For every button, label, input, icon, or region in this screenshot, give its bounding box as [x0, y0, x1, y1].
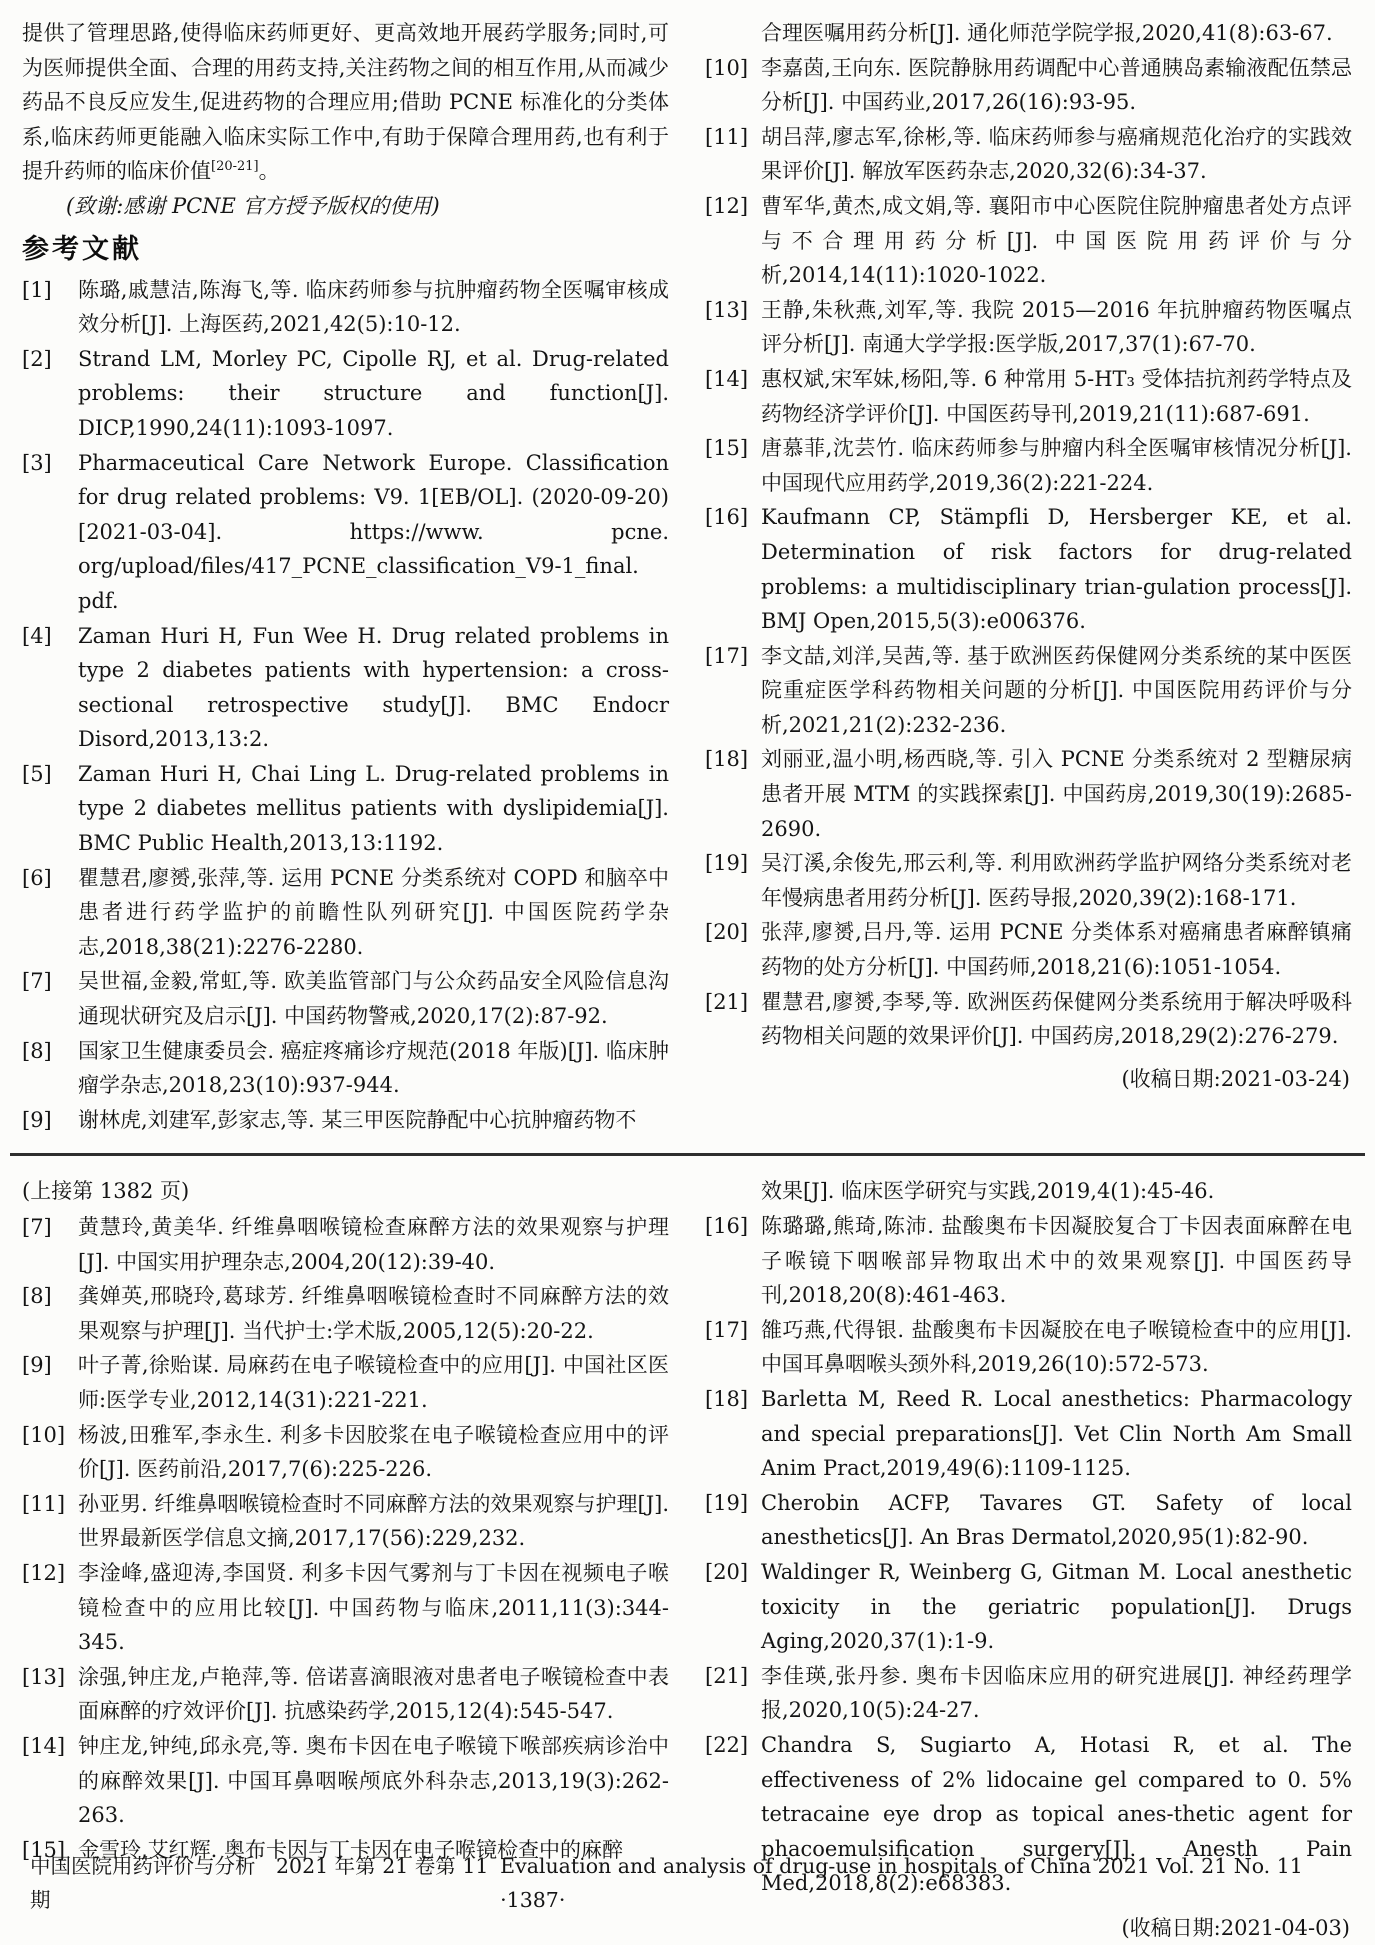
reference-item: 合理医嘱用药分析[J]. 通化师范学院学报,2020,41(8):63-67.: [705, 16, 1352, 51]
reference-text: 孙亚男. 纤维鼻咽喉镜检查时不同麻醉方法的效果观察与护理[J]. 世界最新医学信…: [78, 1492, 669, 1551]
reference-text: 涂强,钟庄龙,卢艳萍,等. 倍诺喜滴眼液对患者电子喉镜检查中表面麻醉的疗效评价[…: [78, 1665, 669, 1724]
reference-item: [14]钟庄龙,钟纯,邱永亮,等. 奥布卡因在电子喉镜下喉部疾病诊治中的麻醉效果…: [22, 1729, 669, 1833]
reference-item: [4]Zaman Huri H, Fun Wee H. Drug related…: [22, 619, 669, 757]
reference-number: [6]: [22, 861, 52, 896]
acknowledgment-note: (致谢:感谢 PCNE 官方授予版权的使用): [22, 189, 669, 224]
reference-item: [12]曹军华,黄杰,成文娟,等. 襄阳市中心医院住院肿瘤患者处方点评与不合理用…: [705, 189, 1352, 293]
reference-item: [8]龚婵英,邢晓玲,葛球芳. 纤维鼻咽喉镜检查时不同麻醉方法的效果观察与护理[…: [22, 1279, 669, 1348]
article2-references-right: 效果[J]. 临床医学研究与实践,2019,4(1):45-46. [16]陈璐…: [705, 1174, 1352, 1900]
section-divider: [10, 1153, 1365, 1156]
reference-number: [16]: [705, 500, 748, 535]
footer-journal-title-cn: 中国医院用药评价与分析 2021 年第 21 卷第 11 期: [30, 1849, 500, 1918]
article1-left-column: 提供了管理思路,使得临床药师更好、更高效地开展药学服务;同时,可为医师提供全面、…: [22, 16, 669, 1137]
article1-section: 提供了管理思路,使得临床药师更好、更高效地开展药学服务;同时,可为医师提供全面、…: [22, 16, 1353, 1137]
reference-number: [15]: [705, 431, 748, 466]
reference-number: [21]: [705, 985, 748, 1020]
reference-item: [15]唐慕菲,沈芸竹. 临床药师参与肿瘤内科全医嘱审核情况分析[J]. 中国现…: [705, 431, 1352, 500]
reference-text: 瞿慧君,廖赟,李琴,等. 欧洲医药保健网分类系统用于解决呼吸科药物相关问题的效果…: [761, 990, 1352, 1049]
reference-number: [7]: [22, 964, 52, 999]
reference-text: 王静,朱秋燕,刘军,等. 我院 2015—2016 年抗肿瘤药物医嘱点评分析[J…: [761, 298, 1352, 357]
reference-number: [7]: [22, 1210, 52, 1245]
reference-text: 龚婵英,邢晓玲,葛球芳. 纤维鼻咽喉镜检查时不同麻醉方法的效果观察与护理[J].…: [78, 1284, 669, 1343]
article2-section: (上接第 1382 页) [7]黄慧玲,黄美华. 纤维鼻咽喉镜检查麻醉方法的效果…: [22, 1174, 1353, 1945]
reference-number: [9]: [22, 1103, 52, 1138]
reference-text: Barletta M, Reed R. Local anesthetics: P…: [761, 1387, 1352, 1480]
reference-number: [16]: [705, 1209, 748, 1244]
article2-left-column: (上接第 1382 页) [7]黄慧玲,黄美华. 纤维鼻咽喉镜检查麻醉方法的效果…: [22, 1174, 669, 1945]
reference-text: 惠权斌,宋军妹,杨阳,等. 6 种常用 5-HT₃ 受体拮抗剂药学特点及药物经济…: [761, 367, 1352, 426]
reference-item: [19]吴汀溪,余俊先,邢云利,等. 利用欧洲药学监护网络分类系统对老年慢病患者…: [705, 846, 1352, 915]
article2-right-column: 效果[J]. 临床医学研究与实践,2019,4(1):45-46. [16]陈璐…: [705, 1174, 1352, 1945]
reference-text: 国家卫生健康委员会. 癌症疼痛诊疗规范(2018 年版)[J]. 临床肿瘤学杂志…: [78, 1039, 669, 1098]
reference-number: [21]: [705, 1659, 748, 1694]
reference-number: [10]: [22, 1418, 65, 1453]
reference-number: [20]: [705, 1555, 748, 1590]
reference-item: [9]谢林虎,刘建军,彭家志,等. 某三甲医院静配中心抗肿瘤药物不: [22, 1103, 669, 1138]
reference-text: 李淦峰,盛迎涛,李国贤. 利多卡因气雾剂与丁卡因在视频电子喉镜检查中的应用比较[…: [78, 1561, 669, 1654]
reference-item: [13]涂强,钟庄龙,卢艳萍,等. 倍诺喜滴眼液对患者电子喉镜检查中表面麻醉的疗…: [22, 1660, 669, 1729]
reference-text: 谢林虎,刘建军,彭家志,等. 某三甲医院静配中心抗肿瘤药物不: [78, 1108, 636, 1132]
reference-text: 吴世福,金毅,常虹,等. 欧美监管部门与公众药品安全风险信息沟通现状研究及启示[…: [78, 969, 669, 1028]
reference-item: [7]吴世福,金毅,常虹,等. 欧美监管部门与公众药品安全风险信息沟通现状研究及…: [22, 964, 669, 1033]
reference-number: [2]: [22, 342, 52, 377]
closing-paragraph-text: 提供了管理思路,使得临床药师更好、更高效地开展药学服务;同时,可为医师提供全面、…: [22, 21, 669, 183]
reference-text: Pharmaceutical Care Network Europe. Clas…: [78, 451, 669, 613]
reference-number: [4]: [22, 619, 52, 654]
citation-superscript: [20-21]: [211, 159, 259, 174]
reference-text: 胡吕萍,廖志军,徐彬,等. 临床药师参与癌痛规范化治疗的实践效果评价[J]. 解…: [761, 125, 1352, 184]
reference-item: [12]李淦峰,盛迎涛,李国贤. 利多卡因气雾剂与丁卡因在视频电子喉镜检查中的应…: [22, 1556, 669, 1660]
reference-text: 曹军华,黄杰,成文娟,等. 襄阳市中心医院住院肿瘤患者处方点评与不合理用药分析[…: [761, 194, 1352, 287]
reference-number: [12]: [705, 189, 748, 224]
reference-number: [8]: [22, 1034, 52, 1069]
references-heading: 参考文献: [22, 229, 669, 269]
reference-text: Cherobin ACFP, Tavares GT. Safety of loc…: [761, 1491, 1352, 1550]
reference-item: [21]李佳瑛,张丹参. 奥布卡因临床应用的研究进展[J]. 神经药理学报,20…: [705, 1659, 1352, 1728]
reference-text: Waldinger R, Weinberg G, Gitman M. Local…: [761, 1560, 1352, 1653]
journal-page: 提供了管理思路,使得临床药师更好、更高效地开展药学服务;同时,可为医师提供全面、…: [0, 0, 1375, 1945]
reference-item: [18]刘丽亚,温小明,杨西晓,等. 引入 PCNE 分类系统对 2 型糖尿病患…: [705, 742, 1352, 846]
reference-text: 刘丽亚,温小明,杨西晓,等. 引入 PCNE 分类系统对 2 型糖尿病患者开展 …: [761, 747, 1352, 840]
footer-journal-title-en: Evaluation and analysis of drug-use in h…: [500, 1849, 1347, 1918]
reference-text: 李文喆,刘洋,吴茜,等. 基于欧洲医药保健网分类系统的某中医医院重症医学科药物相…: [761, 644, 1352, 737]
reference-number: [3]: [22, 446, 52, 481]
reference-text: 张萍,廖赟,吕丹,等. 运用 PCNE 分类体系对癌痛患者麻醉镇痛药物的处方分析…: [761, 920, 1352, 979]
reference-text: 合理医嘱用药分析[J]. 通化师范学院学报,2020,41(8):63-67.: [761, 21, 1333, 45]
reference-number: [20]: [705, 915, 748, 950]
reference-number: [11]: [705, 120, 748, 155]
reference-text: Kaufmann CP, Stämpfli D, Hersberger KE, …: [761, 505, 1352, 633]
reference-text: 瞿慧君,廖赟,张萍,等. 运用 PCNE 分类系统对 COPD 和脑卒中患者进行…: [78, 866, 669, 959]
page-footer: 中国医院用药评价与分析 2021 年第 21 卷第 11 期 Evaluatio…: [0, 1849, 1375, 1918]
reference-text: Zaman Huri H, Chai Ling L. Drug-related …: [78, 762, 669, 855]
reference-item: [8]国家卫生健康委员会. 癌症疼痛诊疗规范(2018 年版)[J]. 临床肿瘤…: [22, 1034, 669, 1103]
reference-number: [5]: [22, 757, 52, 792]
reference-number: [10]: [705, 51, 748, 86]
reference-text: Strand LM, Morley PC, Cipolle RJ, et al.…: [78, 347, 669, 440]
reference-item: [6]瞿慧君,廖赟,张萍,等. 运用 PCNE 分类系统对 COPD 和脑卒中患…: [22, 861, 669, 965]
reference-number: [18]: [705, 1382, 748, 1417]
reference-number: [19]: [705, 846, 748, 881]
reference-item: [2]Strand LM, Morley PC, Cipolle RJ, et …: [22, 342, 669, 446]
reference-item: [14]惠权斌,宋军妹,杨阳,等. 6 种常用 5-HT₃ 受体拮抗剂药学特点及…: [705, 362, 1352, 431]
reference-number: [8]: [22, 1279, 52, 1314]
reference-text: 李嘉茵,王向东. 医院静脉用药调配中心普通胰岛素输液配伍禁忌分析[J]. 中国药…: [761, 56, 1352, 115]
reference-item: [16]Kaufmann CP, Stämpfli D, Hersberger …: [705, 500, 1352, 638]
reference-item: [1]陈璐,戚慧洁,陈海飞,等. 临床药师参与抗肿瘤药物全医嘱审核成效分析[J]…: [22, 273, 669, 342]
reference-text: 效果[J]. 临床医学研究与实践,2019,4(1):45-46.: [761, 1179, 1214, 1203]
reference-item: [16]陈璐璐,熊琦,陈沛. 盐酸奥布卡因凝胶复合丁卡因表面麻醉在电子喉镜下咽喉…: [705, 1209, 1352, 1313]
reference-item: [3]Pharmaceutical Care Network Europe. C…: [22, 446, 669, 619]
reference-number: [17]: [705, 1313, 748, 1348]
reference-text: Zaman Huri H, Fun Wee H. Drug related pr…: [78, 624, 669, 752]
reference-text: 吴汀溪,余俊先,邢云利,等. 利用欧洲药学监护网络分类系统对老年慢病患者用药分析…: [761, 851, 1352, 910]
closing-paragraph-period: 。: [259, 159, 280, 183]
article1-right-column: 合理医嘱用药分析[J]. 通化师范学院学报,2020,41(8):63-67. …: [705, 16, 1352, 1137]
reference-number: [22]: [705, 1728, 748, 1763]
reference-text: 钟庄龙,钟纯,邱永亮,等. 奥布卡因在电子喉镜下喉部疾病诊治中的麻醉效果[J].…: [78, 1734, 669, 1827]
article1-closing-paragraph: 提供了管理思路,使得临床药师更好、更高效地开展药学服务;同时,可为医师提供全面、…: [22, 16, 669, 189]
reference-number: [12]: [22, 1556, 65, 1591]
reference-item: [19]Cherobin ACFP, Tavares GT. Safety of…: [705, 1486, 1352, 1555]
reference-item: [9]叶子菁,徐贻谋. 局麻药在电子喉镜检查中的应用[J]. 中国社区医师:医学…: [22, 1348, 669, 1417]
reference-number: [13]: [705, 293, 748, 328]
reference-item: [20]张萍,廖赟,吕丹,等. 运用 PCNE 分类体系对癌痛患者麻醉镇痛药物的…: [705, 915, 1352, 984]
reference-text: 叶子菁,徐贻谋. 局麻药在电子喉镜检查中的应用[J]. 中国社区医师:医学专业,…: [78, 1353, 669, 1412]
reference-text: 陈璐璐,熊琦,陈沛. 盐酸奥布卡因凝胶复合丁卡因表面麻醉在电子喉镜下咽喉部异物取…: [761, 1214, 1352, 1307]
reference-text: 李佳瑛,张丹参. 奥布卡因临床应用的研究进展[J]. 神经药理学报,2020,1…: [761, 1664, 1352, 1723]
received-date-article1: (收稿日期:2021-03-24): [705, 1062, 1350, 1097]
reference-number: [9]: [22, 1348, 52, 1383]
reference-item: [13]王静,朱秋燕,刘军,等. 我院 2015—2016 年抗肿瘤药物医嘱点评…: [705, 293, 1352, 362]
reference-item: [7]黄慧玲,黄美华. 纤维鼻咽喉镜检查麻醉方法的效果观察与护理[J]. 中国实…: [22, 1210, 669, 1279]
reference-text: 雒巧燕,代得银. 盐酸奥布卡因凝胶在电子喉镜检查中的应用[J]. 中国耳鼻咽喉头…: [761, 1318, 1352, 1377]
reference-number: [11]: [22, 1487, 65, 1522]
reference-text: 杨波,田雅军,李永生. 利多卡因胶浆在电子喉镜检查应用中的评价[J]. 医药前沿…: [78, 1423, 669, 1482]
continued-from-note: (上接第 1382 页): [22, 1174, 669, 1209]
reference-item: 效果[J]. 临床医学研究与实践,2019,4(1):45-46.: [705, 1174, 1352, 1209]
reference-number: [14]: [22, 1729, 65, 1764]
reference-number: [18]: [705, 742, 748, 777]
reference-item: [20]Waldinger R, Weinberg G, Gitman M. L…: [705, 1555, 1352, 1659]
reference-text: 黄慧玲,黄美华. 纤维鼻咽喉镜检查麻醉方法的效果观察与护理[J]. 中国实用护理…: [78, 1215, 669, 1274]
reference-number: [17]: [705, 639, 748, 674]
reference-item: [10]杨波,田雅军,李永生. 利多卡因胶浆在电子喉镜检查应用中的评价[J]. …: [22, 1418, 669, 1487]
reference-number: [1]: [22, 273, 52, 308]
reference-item: [5]Zaman Huri H, Chai Ling L. Drug-relat…: [22, 757, 669, 861]
article1-references-right: 合理医嘱用药分析[J]. 通化师范学院学报,2020,41(8):63-67. …: [705, 16, 1352, 1054]
reference-number: [13]: [22, 1660, 65, 1695]
reference-text: 陈璐,戚慧洁,陈海飞,等. 临床药师参与抗肿瘤药物全医嘱审核成效分析[J]. 上…: [78, 278, 669, 337]
reference-number: [14]: [705, 362, 748, 397]
reference-item: [11]孙亚男. 纤维鼻咽喉镜检查时不同麻醉方法的效果观察与护理[J]. 世界最…: [22, 1487, 669, 1556]
reference-item: [17]雒巧燕,代得银. 盐酸奥布卡因凝胶在电子喉镜检查中的应用[J]. 中国耳…: [705, 1313, 1352, 1382]
reference-item: [10]李嘉茵,王向东. 医院静脉用药调配中心普通胰岛素输液配伍禁忌分析[J].…: [705, 51, 1352, 120]
reference-text: 唐慕菲,沈芸竹. 临床药师参与肿瘤内科全医嘱审核情况分析[J]. 中国现代应用药…: [761, 436, 1352, 495]
article2-references-left: [7]黄慧玲,黄美华. 纤维鼻咽喉镜检查麻醉方法的效果观察与护理[J]. 中国实…: [22, 1210, 669, 1867]
reference-item: [17]李文喆,刘洋,吴茜,等. 基于欧洲医药保健网分类系统的某中医医院重症医学…: [705, 639, 1352, 743]
article1-references-left: [1]陈璐,戚慧洁,陈海飞,等. 临床药师参与抗肿瘤药物全医嘱审核成效分析[J]…: [22, 273, 669, 1138]
reference-item: [18]Barletta M, Reed R. Local anesthetic…: [705, 1382, 1352, 1486]
reference-item: [21]瞿慧君,廖赟,李琴,等. 欧洲医药保健网分类系统用于解决呼吸科药物相关问…: [705, 985, 1352, 1054]
reference-number: [19]: [705, 1486, 748, 1521]
reference-item: [11]胡吕萍,廖志军,徐彬,等. 临床药师参与癌痛规范化治疗的实践效果评价[J…: [705, 120, 1352, 189]
